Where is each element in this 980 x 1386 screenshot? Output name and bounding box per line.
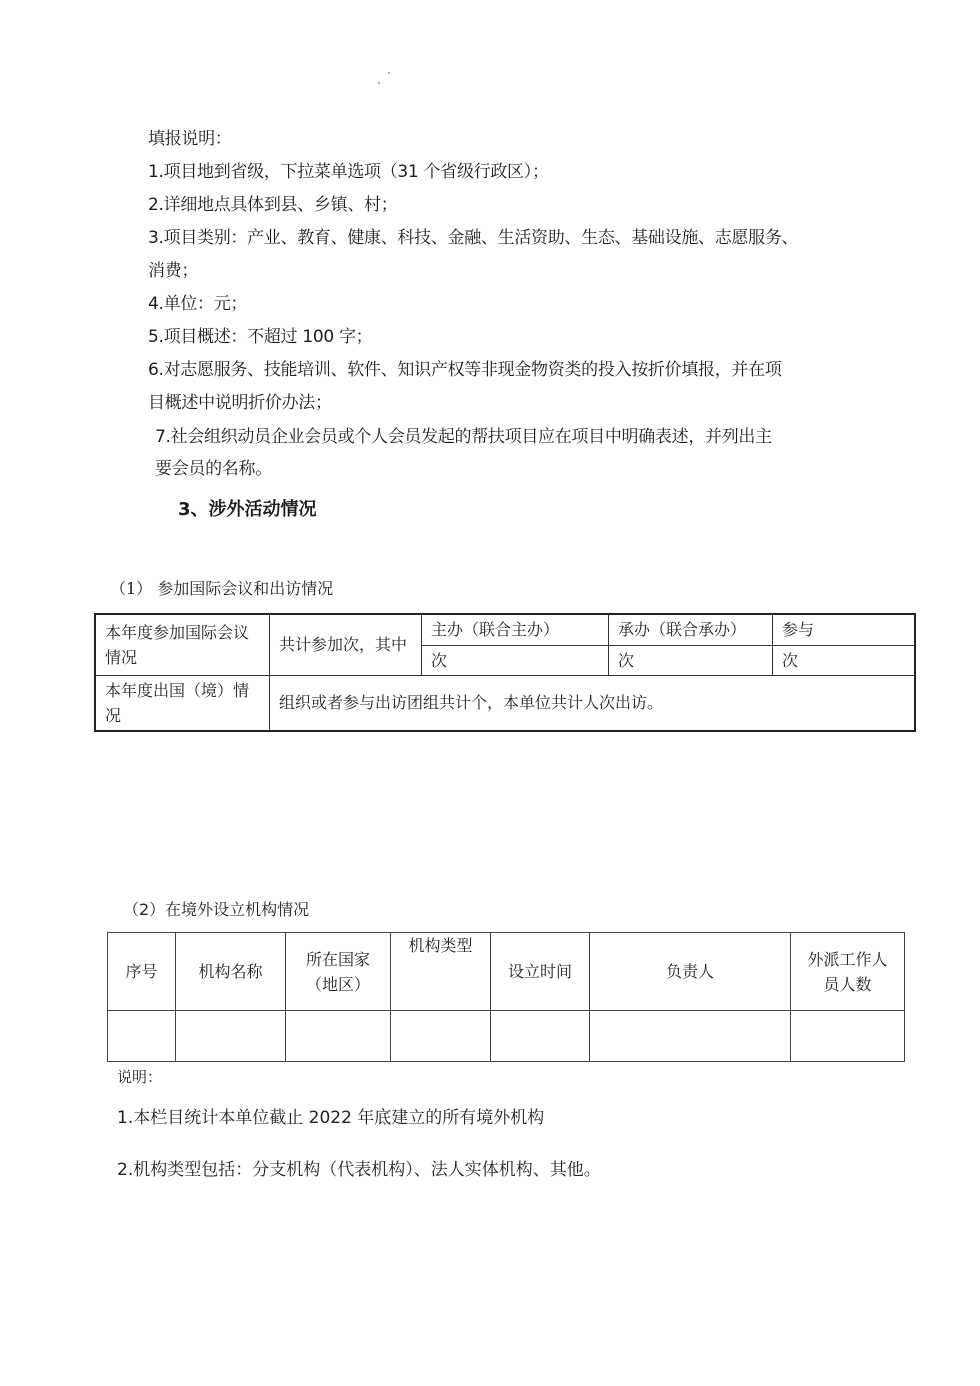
undertake-column-header: 承办（联合承办） <box>609 614 773 645</box>
header-expatriate-staff-count: 外派工作人员人数 <box>791 933 905 1011</box>
header-index: 序号 <box>108 933 176 1011</box>
remark-line-1: 1.本栏目统计本单位截止 2022 年底建立的所有境外机构 <box>117 1103 544 1128</box>
table-row <box>108 1011 905 1062</box>
instruction-line-2: 2.详细地点具体到县、乡镇、村； <box>148 194 397 216</box>
header-country-region: 所在国家（地区） <box>286 933 391 1011</box>
instruction-line-5: 5.项目概述：不超过 100 字； <box>148 326 372 348</box>
instruction-line-6-cont: 目概述中说明折价办法； <box>148 392 332 414</box>
remarks-title: 说明： <box>117 1066 162 1087</box>
cell-established-date[interactable] <box>491 1011 590 1062</box>
instructions-title: 填报说明： <box>148 128 232 150</box>
header-person-in-charge: 负责人 <box>590 933 791 1011</box>
instruction-line-7: 7.社会组织动员企业会员或个人会员发起的帮扶项目应在项目中明确表述，并列出主 <box>155 426 772 448</box>
meetings-row-label: 本年度参加国际会议情况 <box>95 614 270 675</box>
cell-country-region[interactable] <box>286 1011 391 1062</box>
instruction-line-3-cont: 消费； <box>148 260 198 282</box>
host-count-cell[interactable]: 次 <box>422 645 609 675</box>
total-attended-cell[interactable]: 共计参加次，其中 <box>270 614 422 675</box>
scan-speck <box>388 72 390 74</box>
outbound-row-label: 本年度出国（境）情况 <box>95 675 270 731</box>
remark-line-2: 2.机构类型包括：分支机构（代表机构）、法人实体机构、其他。 <box>117 1155 601 1180</box>
undertake-count-cell[interactable]: 次 <box>609 645 773 675</box>
cell-expatriate-staff-count[interactable] <box>791 1011 905 1062</box>
part1-heading: （1） 参加国际会议和出访情况 <box>110 576 333 599</box>
header-institution-name: 机构名称 <box>176 933 286 1011</box>
outbound-visits-cell[interactable]: 组织或者参与出访团组共计个，本单位共计人次出访。 <box>270 675 916 731</box>
instruction-line-7-cont: 要会员的名称。 <box>155 458 272 480</box>
instruction-line-6: 6.对志愿服务、技能培训、软件、知识产权等非现金物资类的投入按折价填报，并在项 <box>148 359 782 381</box>
instruction-line-1: 1.项目地到省级，下拉菜单选项（31 个省级行政区）； <box>148 161 549 183</box>
header-established-date: 设立时间 <box>491 933 590 1011</box>
participate-count-cell[interactable]: 次 <box>773 645 916 675</box>
scan-speck <box>378 82 380 84</box>
international-meetings-table: 本年度参加国际会议情况 共计参加次，其中 主办（联合主办） 承办（联合承办） 参… <box>94 613 916 732</box>
cell-index[interactable] <box>108 1011 176 1062</box>
cell-institution-name[interactable] <box>176 1011 286 1062</box>
cell-institution-type[interactable] <box>391 1011 491 1062</box>
instruction-line-4: 4.单位：元； <box>148 293 247 315</box>
header-institution-type: 机构类型 <box>391 933 491 1011</box>
overseas-institutions-table: 序号 机构名称 所在国家（地区） 机构类型 设立时间 负责人 外派工作人员人数 <box>107 932 905 1062</box>
section-heading: 3、涉外活动情况 <box>178 495 317 521</box>
instruction-line-3: 3.项目类别：产业、教育、健康、科技、金融、生活资助、生态、基础设施、志愿服务、 <box>148 227 798 249</box>
participate-column-header: 参与 <box>773 614 916 645</box>
cell-person-in-charge[interactable] <box>590 1011 791 1062</box>
part2-heading: （2）在境外设立机构情况 <box>123 897 309 920</box>
host-column-header: 主办（联合主办） <box>422 614 609 645</box>
